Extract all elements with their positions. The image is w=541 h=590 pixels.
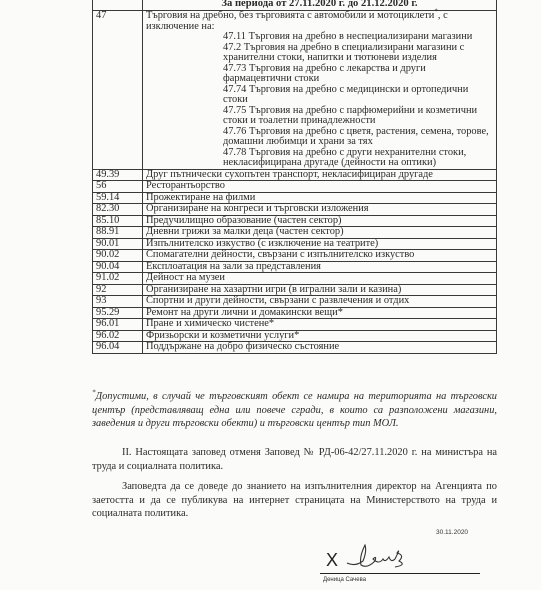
- paragraph-publication: Заповедта да се доведе до знанието на из…: [92, 480, 497, 521]
- activity-description: Фризьорски и козметични услуги*: [143, 330, 497, 342]
- activity-description: Дейност на музеи: [143, 273, 497, 285]
- exception-item: 47.74 Търговия на дребно с медицински и …: [146, 85, 493, 106]
- activity-code: 96.04: [93, 342, 143, 354]
- activity-description: Предучилищно образование (частен сектор): [143, 215, 497, 227]
- activity-code: 88.91: [93, 227, 143, 239]
- activity-code: 96.02: [93, 330, 143, 342]
- table-row: 90.02Спомагателни дейности, свързани с и…: [93, 250, 497, 262]
- paragraph-revocation: II. Настоящата заповед отменя Заповед № …: [92, 446, 497, 473]
- activity-description: Поддържане на добро физическо състояние: [143, 342, 497, 354]
- exception-item: 47.76 Търговия на дребно с цветя, растен…: [146, 127, 493, 148]
- table-row: 91.02Дейност на музеи: [93, 273, 497, 285]
- exception-item: 47.78 Търговия на дребно с други нехрани…: [146, 148, 493, 169]
- exception-item: 47.11 Търговия на дребно в неспециализир…: [146, 32, 493, 43]
- activity-description: Ресторантьорство: [143, 181, 497, 193]
- footnote: *Допустими, в случай че търговският обек…: [92, 390, 497, 431]
- activity-code: 47: [93, 11, 143, 170]
- table-row: 90.01Изпълнителско изкуство (с изключени…: [93, 238, 497, 250]
- table-row: 59.14Прожектиране на филми: [93, 192, 497, 204]
- signature-mark: X: [326, 550, 338, 571]
- activity-description: Спомагателни дейности, свързани с изпълн…: [143, 250, 497, 262]
- activity-description: Експлоатация на зали за представления: [143, 261, 497, 273]
- table-row: 85.10Предучилищно образование (частен се…: [93, 215, 497, 227]
- activity-description: Организиране на конгреси и търговски изл…: [143, 204, 497, 216]
- table-row: 49.39Друг пътнически сухопътен транспорт…: [93, 169, 497, 181]
- activity-description: Прожектиране на филми: [143, 192, 497, 204]
- table-row: 95.29Ремонт на други лични и домакински …: [93, 307, 497, 319]
- table-row: 56Ресторантьорство: [93, 181, 497, 193]
- activity-code: 56: [93, 181, 143, 193]
- exception-item: 47.73 Търговия на дребно с лекарства и д…: [146, 64, 493, 85]
- activity-description: Изпълнителско изкуство (с изключение на …: [143, 238, 497, 250]
- activity-description: Спортни и други дейности, свързани с раз…: [143, 296, 497, 308]
- table-row: 96.02Фризьорски и козметични услуги*: [93, 330, 497, 342]
- signature-line: [320, 573, 480, 574]
- activity-code: 92: [93, 284, 143, 296]
- exception-item: 47.75 Търговия на дребно с парфюмерийни …: [146, 106, 493, 127]
- activity-description: Търговия на дребно, без търговията с авт…: [143, 11, 497, 170]
- table-row-47: 47 Търговия на дребно, без търговията с …: [93, 11, 497, 170]
- retail-title: Търговия на дребно, без търговията с авт…: [146, 10, 434, 21]
- table-row: 88.91Дневни грижи за малки деца (частен …: [93, 227, 497, 239]
- activity-code: 85.10: [93, 215, 143, 227]
- activity-code: 49.39: [93, 169, 143, 181]
- table-row: 93Спортни и други дейности, свързани с р…: [93, 296, 497, 308]
- activity-code: 93: [93, 296, 143, 308]
- exceptions-list: 47.11 Търговия на дребно в неспециализир…: [146, 32, 493, 169]
- activity-codes-table: За периода от 27.11.2020 г. до 21.12.202…: [92, 0, 497, 354]
- table-row: 82.30Организиране на конгреси и търговск…: [93, 204, 497, 216]
- header-empty-cell: [93, 0, 143, 11]
- table-row: 96.01Пране и химическо чистене*: [93, 319, 497, 331]
- signature-date: 30.11.2020: [436, 529, 468, 536]
- activity-code: 90.01: [93, 238, 143, 250]
- activity-description: Ремонт на други лични и домакински вещи*: [143, 307, 497, 319]
- footnote-text: Допустими, в случай че търговският обект…: [92, 391, 497, 429]
- period-header: За периода от 27.11.2020 г. до 21.12.202…: [143, 0, 497, 11]
- activity-code: 59.14: [93, 192, 143, 204]
- activity-code: 90.02: [93, 250, 143, 262]
- activity-description: Друг пътнически сухопътен транспорт, нек…: [143, 169, 497, 181]
- signatory-name: Деница Сачева: [323, 577, 366, 583]
- activity-description: Дневни грижи за малки деца (частен секто…: [143, 227, 497, 239]
- activity-code: 95.29: [93, 307, 143, 319]
- signature-scribble-icon: [345, 543, 415, 571]
- table-row: 90.04Експлоатация на зали за представлен…: [93, 261, 497, 273]
- table-row: 96.04Поддържане на добро физическо състо…: [93, 342, 497, 354]
- activity-code: 82.30: [93, 204, 143, 216]
- activity-code: 91.02: [93, 273, 143, 285]
- activity-code: 96.01: [93, 319, 143, 331]
- exception-item: 47.2 Търговия на дребно в специализирани…: [146, 43, 493, 64]
- table-row: 92Организиране на хазартни игри (в играл…: [93, 284, 497, 296]
- activity-description: Организиране на хазартни игри (в игрални…: [143, 284, 497, 296]
- activity-code: 90.04: [93, 261, 143, 273]
- activity-description: Пране и химическо чистене*: [143, 319, 497, 331]
